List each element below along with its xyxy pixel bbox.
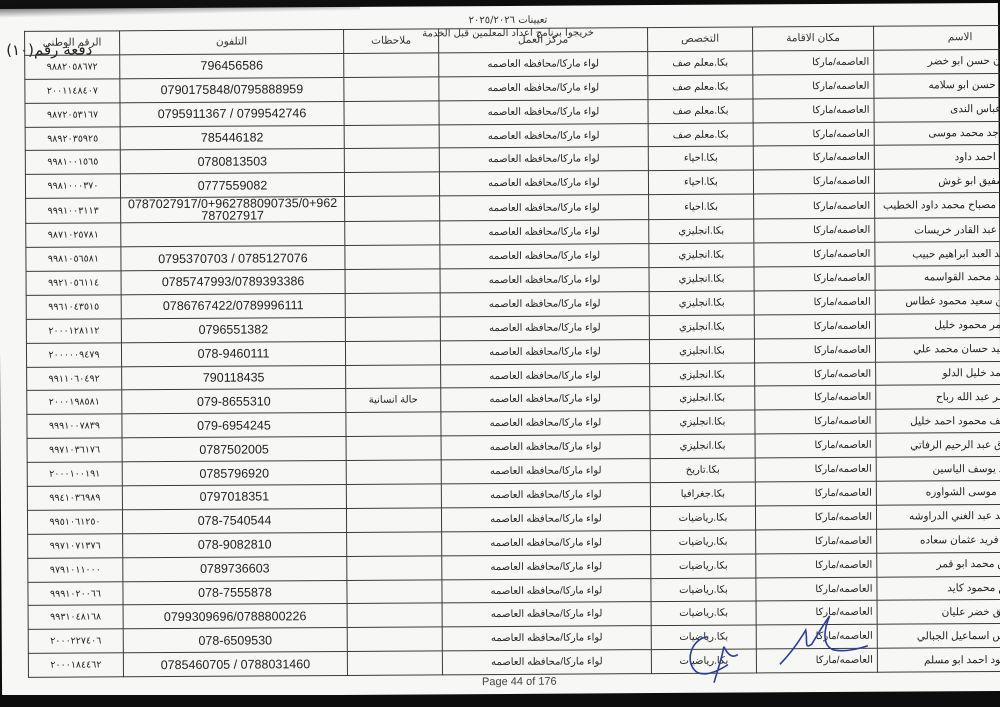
row-name: جعفر امين موسى الشواوره xyxy=(876,480,1000,505)
row-residence: العاصمه/ماركا xyxy=(756,553,877,578)
row-national-id: ٢٠٠١١٤٨٤٠٧ xyxy=(25,79,120,103)
row-national-id: ٢٠٠٠٢٢٧٤٠٦ xyxy=(28,629,123,653)
row-notes xyxy=(345,245,440,269)
row-work-center: لواء ماركا/محافظه العاصمه xyxy=(441,387,650,412)
scanned-page: تعيينات ٢٠٢٥/٢٠٢٦ خريجوا برنامج اعداد ال… xyxy=(0,3,1000,697)
row-work-center: لواء ماركا/محافظه العاصمه xyxy=(441,363,650,388)
row-name: مهند مصدق عبد الرحيم الرفاتي xyxy=(876,432,1000,457)
row-specialization: بكا.انجليزي xyxy=(649,315,754,340)
row-name: ياسين وليد يوسف الياسين xyxy=(876,456,1000,481)
row-specialization: بكا.جغرافيا xyxy=(650,482,755,507)
row-name: هناء محمد حسن ابو سلامه xyxy=(874,73,1000,98)
row-work-center: لواء ماركا/محافظه العاصمه xyxy=(439,99,648,124)
row-national-id: ٩٨٧٢٠٥٣١٦٧ xyxy=(25,102,120,126)
row-notes xyxy=(346,484,441,508)
row-national-id: ٩٩٨١٠٠١٥٦٥ xyxy=(25,150,120,174)
row-work-center: لواء ماركا/محافظه العاصمه xyxy=(439,75,648,100)
row-notes xyxy=(344,148,439,172)
row-phone: 790118435 xyxy=(122,365,346,390)
row-notes xyxy=(347,579,442,603)
row-notes xyxy=(346,412,441,436)
row-notes xyxy=(347,532,442,556)
row-national-id: ٩٧٩١٠١١٠٠٠ xyxy=(28,558,123,582)
row-residence: العاصمه/ماركا xyxy=(753,50,874,75)
row-phone: 078-7540544 xyxy=(122,508,346,533)
row-work-center: لواء ماركا/محافظه العاصمه xyxy=(440,195,649,221)
row-phone: 0796551382 xyxy=(121,317,345,342)
row-phone: 0777559082 xyxy=(120,173,344,198)
row-work-center: لواء ماركا/محافظه العاصمه xyxy=(442,554,651,579)
row-notes xyxy=(345,293,440,317)
row-notes xyxy=(346,460,441,484)
row-work-center: لواء ماركا/محافظه العاصمه xyxy=(439,171,648,196)
row-notes xyxy=(344,124,439,148)
appointments-table: الرقم الاسم مكان الاقامة التخصص مركز الع… xyxy=(24,24,1000,678)
row-phone: 0799309696/0788800226 xyxy=(123,604,347,629)
row-work-center: لواء ماركا/محافظه العاصمه xyxy=(440,268,649,293)
row-phone: 0797018351 xyxy=(122,484,346,509)
page-number: Page 44 of 176 xyxy=(482,676,557,688)
row-specialization: بكا.انجليزي xyxy=(650,363,755,388)
row-name: محمد داود مصباح محمد داود الخطيب xyxy=(875,192,1000,218)
row-notes xyxy=(347,556,442,580)
row-notes xyxy=(344,172,439,196)
row-national-id: ٩٨٩٢٠٣٥٩٢٥ xyxy=(25,126,120,150)
row-work-center: لواء ماركا/محافظه العاصمه xyxy=(440,339,649,364)
row-residence: العاصمه/ماركا xyxy=(755,410,876,435)
header-name: الاسم xyxy=(874,25,1000,50)
row-residence: العاصمه/ماركا xyxy=(754,338,875,363)
header-residence: مكان الاقامة xyxy=(753,26,874,51)
row-residence: العاصمه/ماركا xyxy=(755,505,876,530)
row-specialization: بكا.معلم صف xyxy=(648,123,753,148)
row-national-id: ٢٠٠٠١٨٤٤٦٢ xyxy=(28,653,123,677)
row-name: مأمون عامر عبد الله رباح xyxy=(876,385,1000,410)
row-specialization: بكا.انجليزي xyxy=(650,386,755,411)
row-name: عبد العزيز فريد عثمان سعاده xyxy=(877,528,1000,553)
row-national-id: ٩٩٨١٠٠٠٣٧٠ xyxy=(25,174,120,198)
row-phone: 0790175848/0795888959 xyxy=(120,77,344,102)
row-notes xyxy=(346,436,441,460)
row-notes: حالة انسانية xyxy=(346,388,441,412)
row-specialization: بكا.انجليزي xyxy=(649,243,754,268)
row-notes xyxy=(347,651,442,675)
row-residence: العاصمه/ماركا xyxy=(753,122,874,147)
row-national-id: ٩٩٩١٠٠٧٨٣٩ xyxy=(27,414,122,438)
row-specialization: بكا.انجليزي xyxy=(649,339,754,364)
row-work-center: لواء ماركا/محافظه العاصمه xyxy=(439,123,648,148)
signature-1-icon xyxy=(678,624,758,694)
row-work-center: لواء ماركا/محافظه العاصمه xyxy=(441,435,650,460)
row-national-id: ٩٩٢١٠٥٦١١٤ xyxy=(26,271,121,295)
row-specialization: بكا.احياء xyxy=(649,194,754,220)
row-national-id: ٩٨٧١٠٢٥٧٨١ xyxy=(26,223,121,247)
signature-2-icon xyxy=(772,604,872,675)
row-work-center: لواء ماركا/محافظه العاصمه xyxy=(439,147,648,172)
row-phone: 078-6509530 xyxy=(123,628,347,653)
row-specialization: بكا.رياضيات xyxy=(651,601,756,626)
row-phone: 079-8655310 xyxy=(122,389,346,414)
row-phone: 0795370703 / 0785127076 xyxy=(121,246,345,271)
row-national-id: ٩٩٩١٠٠٣١١٣ xyxy=(26,198,121,224)
row-residence: العاصمه/ماركا xyxy=(756,529,877,554)
header-national-id: الرقم الوطني xyxy=(25,31,120,55)
row-notes xyxy=(345,341,440,365)
row-phone: 078-9460111 xyxy=(121,341,345,366)
row-phone: 0795911367 / 0799542746 xyxy=(120,101,344,126)
row-notes xyxy=(345,196,440,222)
row-specialization: بكا.احياء xyxy=(648,146,753,171)
row-work-center: لواء ماركا/محافظه العاصمه xyxy=(442,578,651,603)
row-name: محمد يوسف محمود احمد خليل xyxy=(876,409,1000,434)
row-residence: العاصمه/ماركا xyxy=(753,98,874,123)
row-national-id: ٩٩٧١٠٧١٣٧٦ xyxy=(28,534,123,558)
row-national-id: ٢٠٠٠١٠٠١٩١ xyxy=(27,462,122,486)
row-work-center: لواء ماركا/محافظه العاصمه xyxy=(441,507,650,532)
row-name: محمد محمود احمد ابو مسلم xyxy=(877,647,1000,672)
row-national-id: ٩٩٣١٠٤٨١٦٨ xyxy=(28,605,123,629)
row-name: محمد فراس اسماعيل الجبالي xyxy=(877,624,1000,649)
scan-bottom-edge xyxy=(0,695,1000,707)
row-phone: 078-9082810 xyxy=(123,532,347,557)
row-work-center: لواء ماركا/محافظه العاصمه xyxy=(440,315,649,340)
row-phone: 796456586 xyxy=(120,53,344,78)
row-residence: العاصمه/ماركا xyxy=(754,193,875,219)
row-work-center: لواء ماركا/محافظه العاصمه xyxy=(442,626,651,651)
row-phone: 078-7555878 xyxy=(123,580,347,605)
row-name: عبد الله عمر محمود خليل xyxy=(875,313,1000,338)
row-residence: العاصمه/ماركا xyxy=(754,242,875,267)
row-national-id: ٩٨٨٢٠٥٨٦٧٢ xyxy=(25,55,120,79)
row-national-id: ٩٩٩١٠٢٠٠٦٦ xyxy=(28,581,123,605)
row-specialization: بكا.معلم صف xyxy=(648,99,753,124)
row-residence: العاصمه/ماركا xyxy=(753,74,874,99)
row-residence: العاصمه/ماركا xyxy=(754,314,875,339)
row-notes xyxy=(344,53,439,77)
row-specialization: بكا.انجليزي xyxy=(649,267,754,292)
row-residence: العاصمه/ماركا xyxy=(755,457,876,482)
row-notes xyxy=(345,221,440,245)
row-phone: 0785460705 / 0788031460 xyxy=(123,652,347,677)
row-notes xyxy=(346,364,441,388)
row-work-center: لواء ماركا/محافظه العاصمه xyxy=(441,411,650,436)
header-work-center: مركز العمل xyxy=(439,28,648,53)
row-work-center: لواء ماركا/محافظه العاصمه xyxy=(441,459,650,484)
row-residence: العاصمه/ماركا xyxy=(753,146,874,171)
row-notes xyxy=(346,508,441,532)
row-residence: العاصمه/ماركا xyxy=(755,433,876,458)
row-specialization: بكا.احياء xyxy=(648,170,753,195)
row-phone: 0786767422/0789996111 xyxy=(121,293,345,318)
row-work-center: لواء ماركا/محافظه العاصمه xyxy=(440,244,649,269)
row-name: زيد علي شفيق ابو غوش xyxy=(874,168,1000,193)
row-national-id: ٩٩٦١٠٤٣٥١٥ xyxy=(26,295,121,319)
row-specialization: بكا.انجليزي xyxy=(649,219,754,244)
row-national-id: ٢٠٠٠١٩٨٥٨١ xyxy=(27,390,122,414)
table-body: ١٥٧هدى مروان حسن ابو خضرالعاصمه/ماركابكا… xyxy=(25,49,1000,678)
row-phone: 0787502005 xyxy=(122,437,346,462)
row-specialization: بكا.رياضيات xyxy=(651,530,756,555)
row-national-id: ٢٠٠٠١٢٨١١٢ xyxy=(26,319,121,343)
row-name: بشار نايف عبد القادر خريسات xyxy=(875,217,1000,242)
row-specialization: بكا.معلم صف xyxy=(648,51,753,76)
row-specialization: بكا.انجليزي xyxy=(649,291,754,316)
row-specialization: بكا.تاريخ xyxy=(650,458,755,483)
row-phone: 0787027917/0+962788090735/0+962787027917 xyxy=(121,197,345,223)
header-specialization: التخصص xyxy=(648,27,753,52)
row-national-id: ٩٩٥١٠٦١٢٥٠ xyxy=(27,510,122,534)
row-specialization: بكا.رياضيات xyxy=(651,578,756,603)
row-phone: 079-6954245 xyxy=(122,413,346,438)
row-residence: العاصمه/ماركا xyxy=(754,218,875,243)
row-name: هدى مروان حسن ابو خضر xyxy=(874,49,1000,74)
row-phone xyxy=(121,222,345,247)
row-specialization: بكا.رياضيات xyxy=(651,554,756,579)
row-work-center: لواء ماركا/محافظه العاصمه xyxy=(442,602,651,627)
row-residence: العاصمه/ماركا xyxy=(753,170,874,195)
row-notes xyxy=(345,269,440,293)
row-specialization: بكا.رياضيات xyxy=(650,506,755,531)
row-name: هيا جمعه عباس الندى xyxy=(874,97,1000,122)
row-notes xyxy=(345,317,440,341)
row-name: فارس نعيم محمود كايد xyxy=(877,576,1000,601)
row-work-center: لواء ماركا/محافظه العاصمه xyxy=(442,530,651,555)
row-notes xyxy=(347,627,442,651)
row-phone: 0789736603 xyxy=(123,556,347,581)
row-name: اسامه احمد عبد الغني الدراوشه xyxy=(876,504,1000,529)
row-national-id: ٩٩٤١٠٣٦٩٨٩ xyxy=(27,486,122,510)
header-notes: ملاحظات xyxy=(344,29,439,53)
row-name: حسام احمد محمد القواسمه xyxy=(875,265,1000,290)
row-work-center: لواء ماركا/محافظه العاصمه xyxy=(440,291,649,316)
row-phone: 0785796920 xyxy=(122,461,346,486)
row-national-id: ٩٩٨١٠٥٦٥٨١ xyxy=(26,247,121,271)
row-notes xyxy=(344,101,439,125)
row-residence: العاصمه/ماركا xyxy=(755,386,876,411)
row-national-id: ٩٩١١٠٦٠٤٩٢ xyxy=(27,366,122,390)
row-name: عيسى محمد خليل الدلو xyxy=(876,361,1000,386)
row-residence: العاصمه/ماركا xyxy=(754,266,875,291)
row-name: محمد شفيق خضر عليان xyxy=(877,600,1000,625)
row-name: ياسمين ماجد محمد موسى xyxy=(874,121,1000,146)
row-residence: العاصمه/ماركا xyxy=(755,362,876,387)
row-work-center: لواء ماركا/محافظه العاصمه xyxy=(440,220,649,245)
row-work-center: لواء ماركا/محافظه العاصمه xyxy=(441,483,650,508)
row-name: جميل سعيد العبد ابراهيم حبيب xyxy=(875,241,1000,266)
row-specialization: بكا.معلم صف xyxy=(648,75,753,100)
row-notes xyxy=(344,77,439,101)
row-name: عبد الله وليد حسان محمد علي xyxy=(875,337,1000,362)
header-phone: التلفون xyxy=(120,29,344,54)
row-residence: العاصمه/ماركا xyxy=(754,290,875,315)
row-name: سيف الدين سعيد محمود غطاس xyxy=(875,289,1000,314)
row-phone: 785446182 xyxy=(120,125,344,150)
row-specialization: بكا.انجليزي xyxy=(650,434,755,459)
row-work-center: لواء ماركا/محافظه العاصمه xyxy=(439,51,648,76)
row-name: احمد اكرم احمد داود xyxy=(874,145,1000,170)
row-residence: العاصمه/ماركا xyxy=(756,577,877,602)
row-work-center: لواء ماركا/محافظه العاصمه xyxy=(442,650,651,675)
row-notes xyxy=(347,603,442,627)
row-phone: 0785747993/0789393386 xyxy=(121,269,345,294)
row-national-id: ٢٠٠٠٠٠٩٤٧٩ xyxy=(26,342,121,366)
row-specialization: بكا.انجليزي xyxy=(650,410,755,435)
row-national-id: ٩٩٧١٠٣٦١٧٦ xyxy=(27,438,122,462)
row-phone: 0780813503 xyxy=(120,149,344,174)
row-name: علي فاروق محمد ابو قمر xyxy=(877,552,1000,577)
row-residence: العاصمه/ماركا xyxy=(755,481,876,506)
